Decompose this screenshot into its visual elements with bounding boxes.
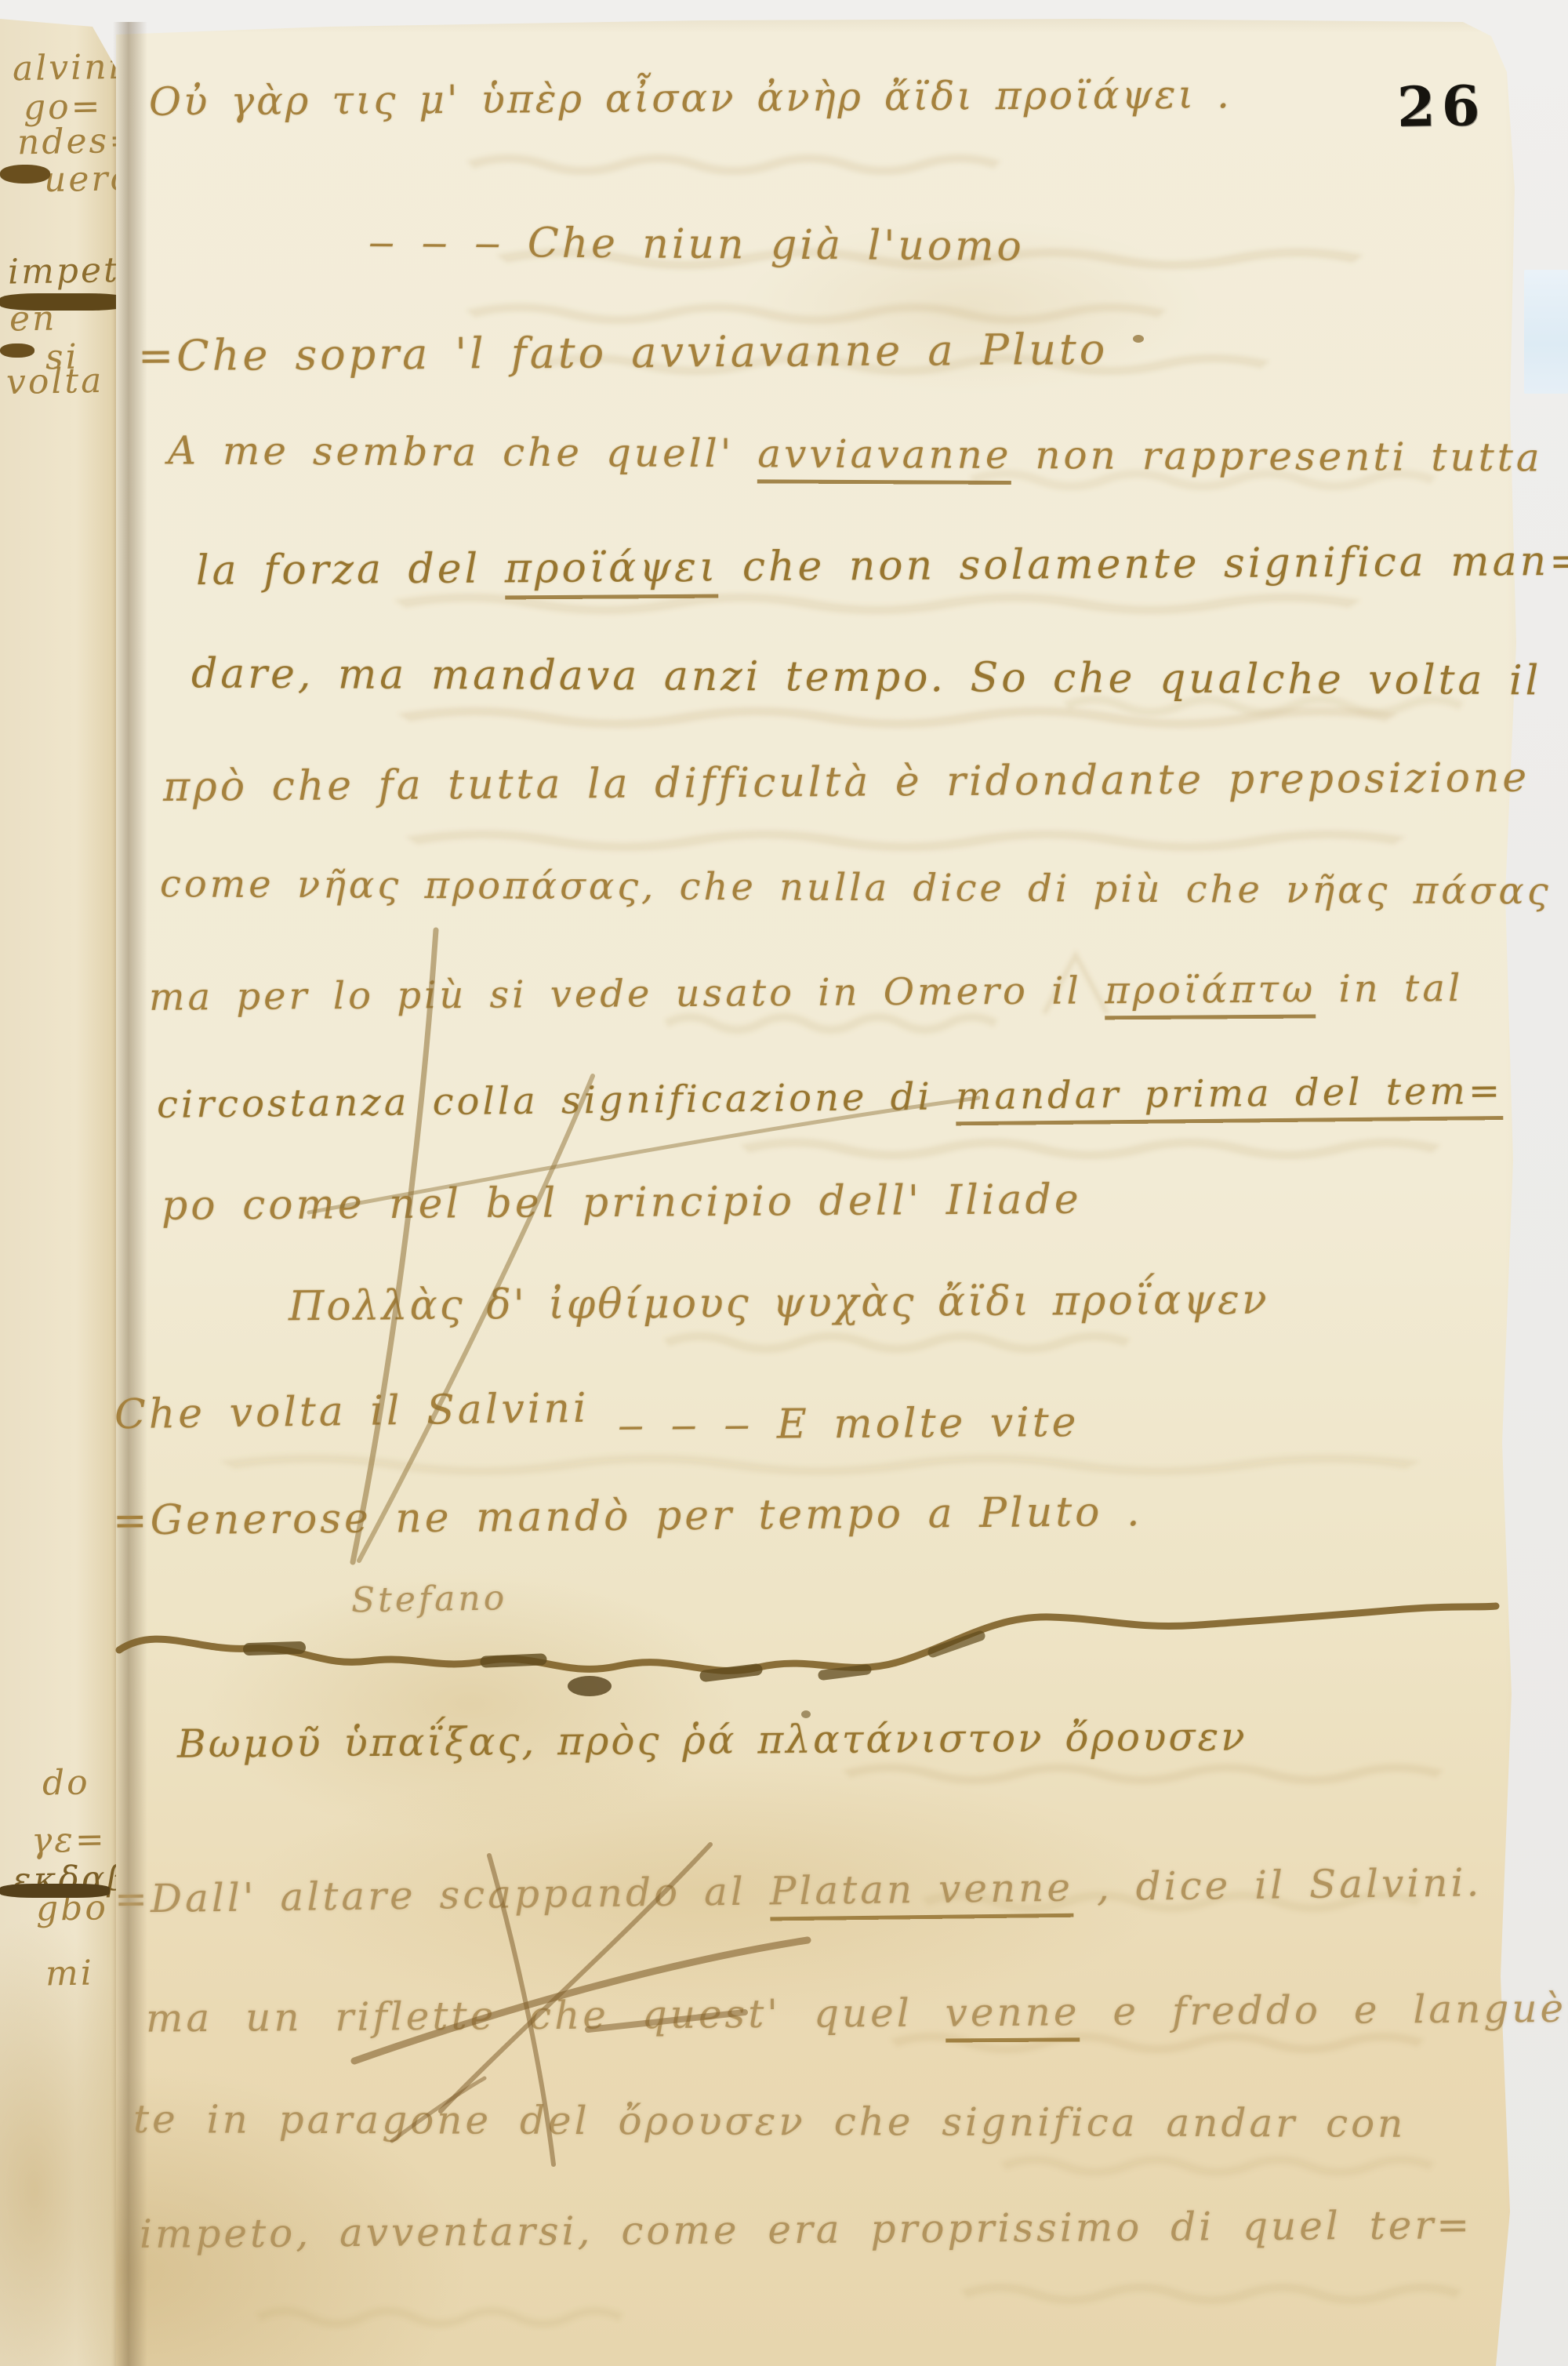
manuscript-line: Che volta il Salvini [114,1385,590,1438]
manuscript-line: dare, ma mandava anzi tempo. So che qual… [191,650,1542,704]
attribution-stefano: Stefano [351,1578,508,1620]
manuscript-line: la forza del προϊάψει che non solamente … [196,538,1568,594]
index-tab [1524,270,1568,394]
ink-blot [0,343,34,358]
manuscript-line: ‒ ‒ ‒ E molte vite [618,1399,1080,1449]
greek-verse-line: Βωμοῦ ὑπαΐξας, πρὸς ῥά πλατάνιστον ὄρουσ… [177,1714,1247,1767]
ink-blot [0,1884,110,1898]
ink-blot [0,293,127,311]
page-number-stamp: 26 [1396,73,1486,140]
margin-fragment: volta [6,361,104,402]
manuscript-line: come νῆας προπάσας, che nulla dice di pi… [160,862,1552,913]
manuscript-scan: alvini go= ndes= uero impeto en si volta… [0,0,1568,2366]
manuscript-line: =Generose ne mandò per tempo a Pluto . [113,1488,1143,1544]
manuscript-line: ‒ ‒ ‒ Che niun già l'uomo [368,219,1025,271]
greek-verse-line: Οὐ γὰρ τις μ' ὑπὲρ αἶσαν ἀνὴρ ἄϊδι προϊά… [149,71,1232,125]
manuscript-line: impeto, avventarsi, come era proprissimo… [140,2202,1473,2257]
manuscript-line: =Che sopra 'l fato avviavanne a Pluto [138,325,1109,381]
manuscript-line: te in paragone del ὄρουσεν che significa… [133,2096,1406,2146]
manuscript-line: πρὸ che fa tutta la difficultà è ridonda… [163,754,1530,811]
manuscript-line: A me sembra che quell' avviavanne non ra… [168,427,1543,480]
margin-fragment: do [42,1762,91,1803]
manuscript-line: ma per lo più si vede usato in Omero il … [149,966,1464,1019]
ink-blot [0,165,50,184]
margin-fragment: alvini [13,47,123,89]
greek-verse-line: Πολλὰς δ' ἰφθίμους ψυχὰς ἄϊδι προΐαψεν [289,1277,1269,1331]
manuscript-line: po come nel bel principio dell' Iliade [162,1176,1082,1230]
margin-fragment: mi [45,1953,95,1993]
margin-fragment: γε= [31,1819,107,1861]
